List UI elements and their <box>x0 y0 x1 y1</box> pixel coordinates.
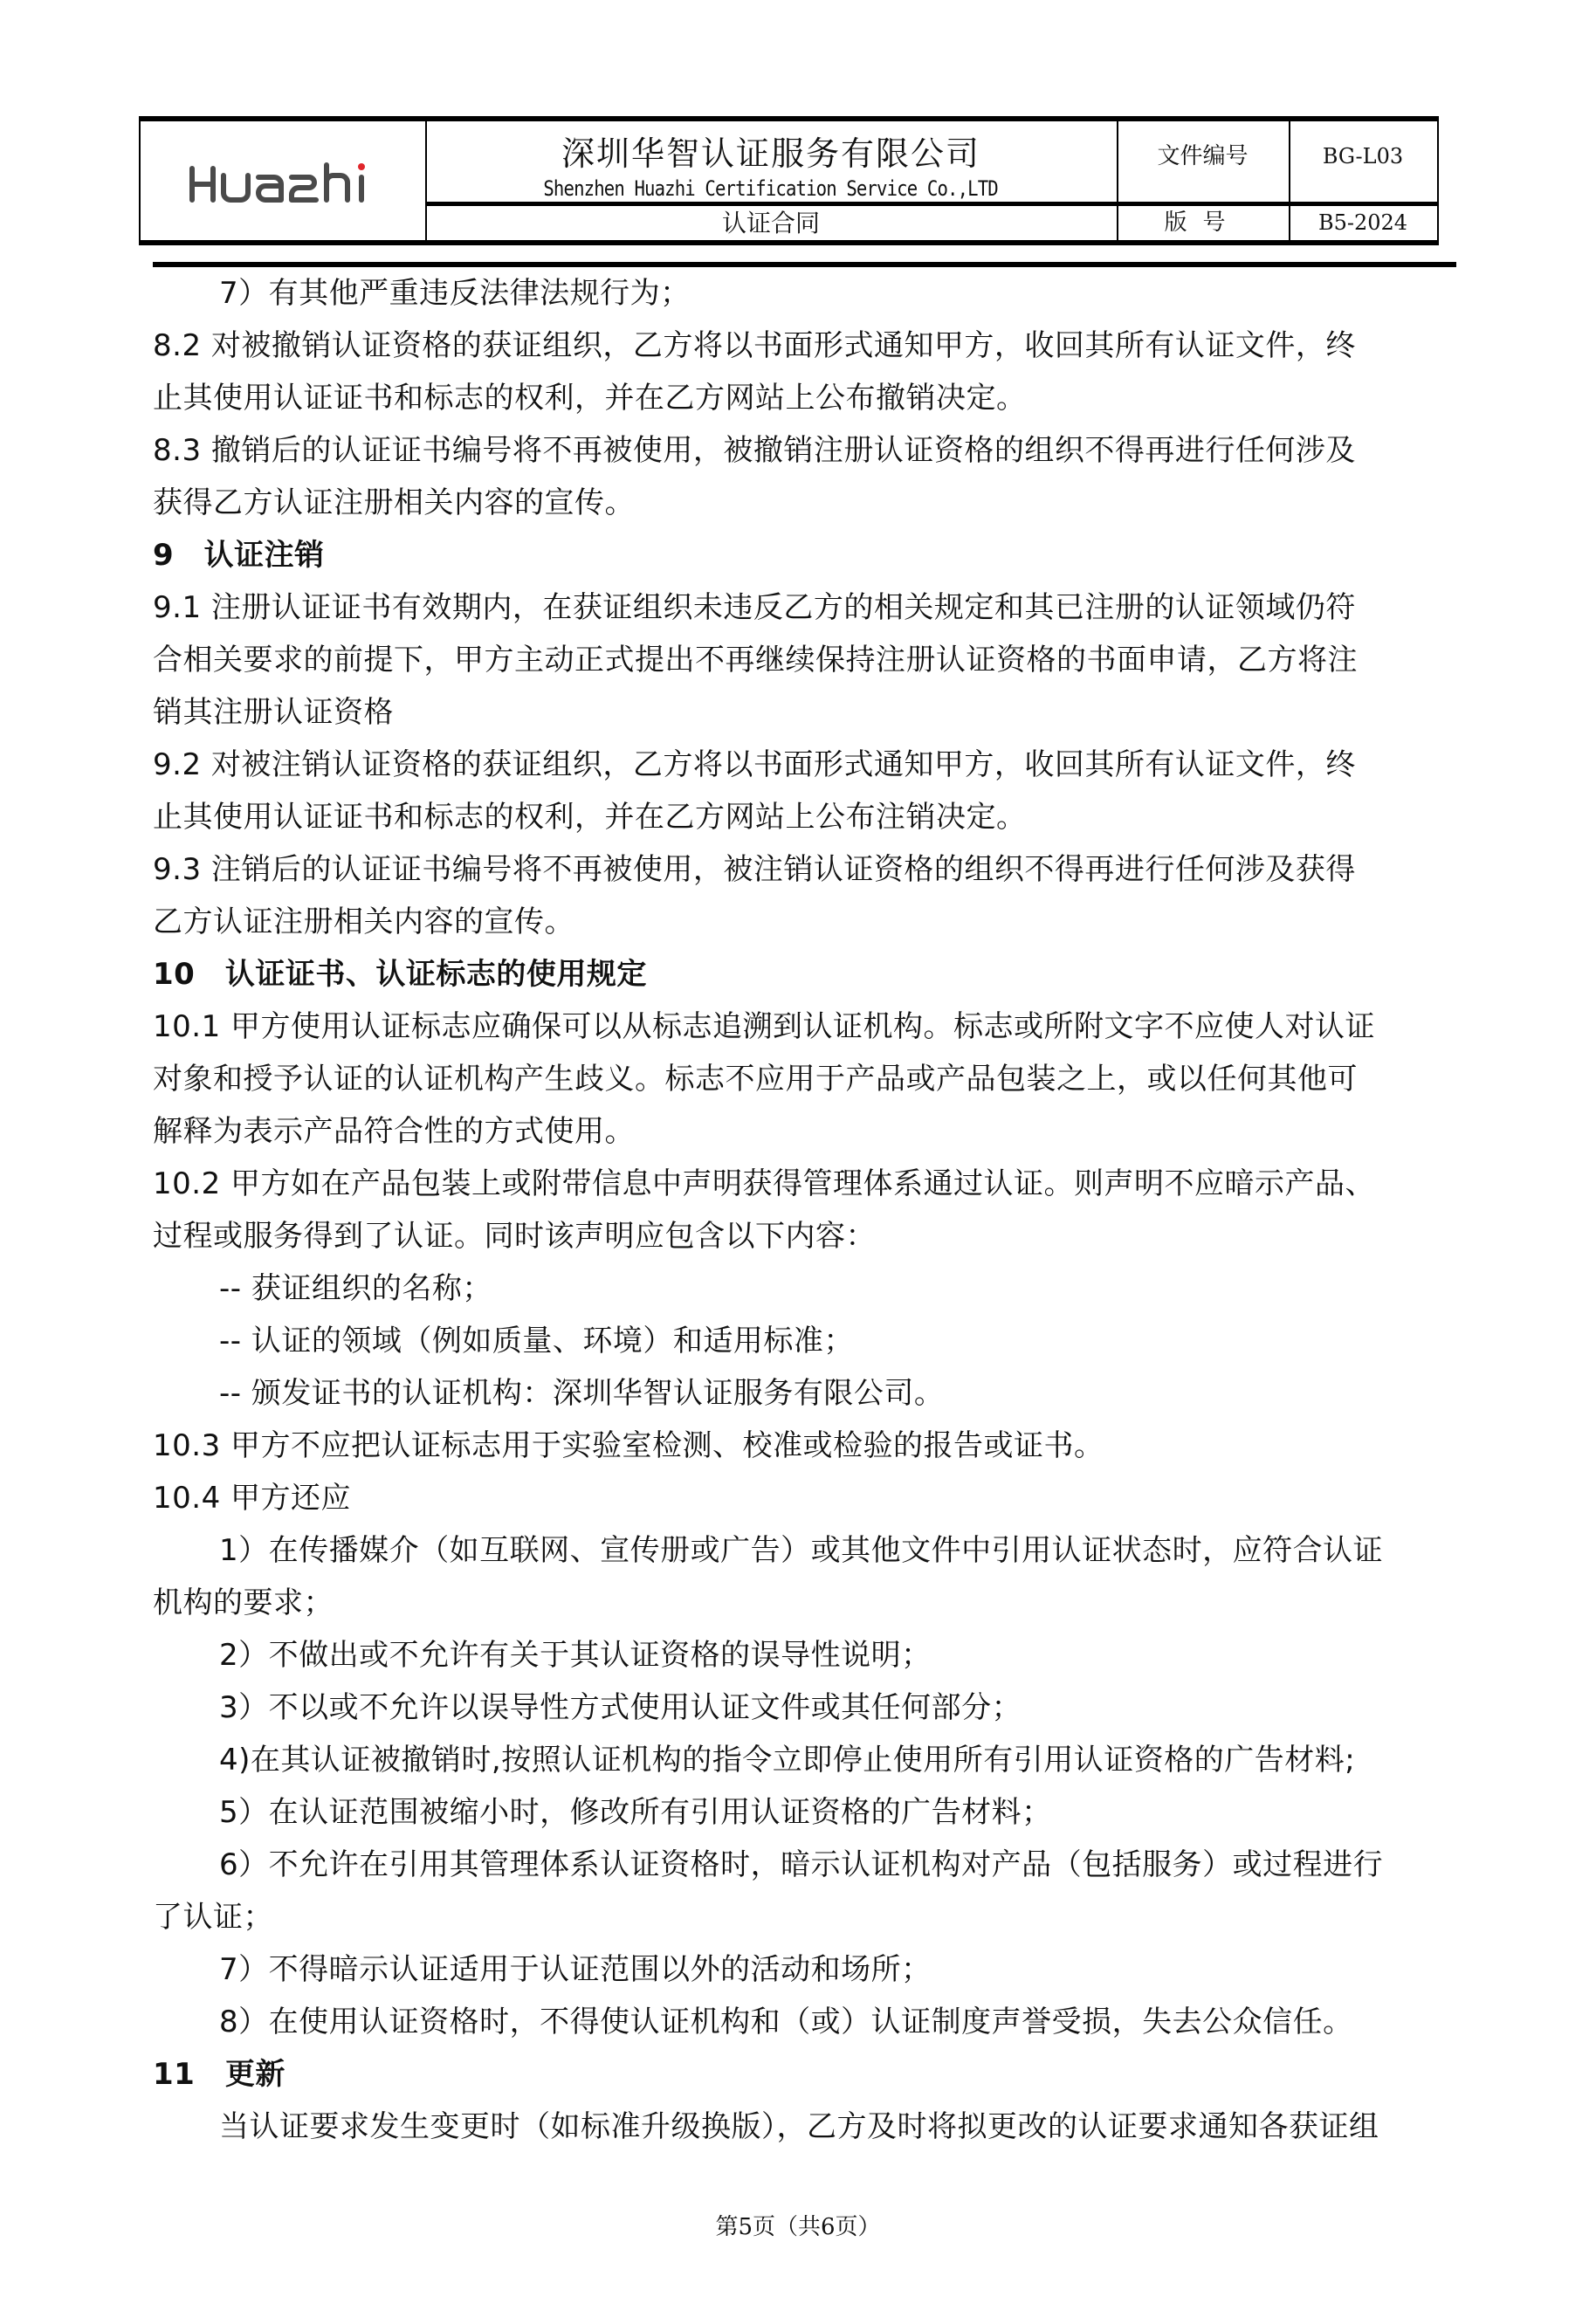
version-value: B5-2024 <box>1289 206 1437 240</box>
paragraph-line: 了认证； <box>153 1891 1456 1943</box>
paragraph-line: 3）不以或不允许以误导性方式使用认证文件或其任何部分； <box>153 1681 1456 1734</box>
paragraph-line: 10.4 甲方还应 <box>153 1472 1456 1524</box>
paragraph-line: 2）不做出或不允许有关于其认证资格的误导性说明； <box>153 1629 1456 1681</box>
paragraph-line: 7）不得暗示认证适用于认证范围以外的活动和场所； <box>153 1943 1456 1996</box>
doc-number-label: 文件编号 <box>1117 121 1290 206</box>
paragraph-line: 乙方认证注册相关内容的宣传。 <box>153 896 1456 948</box>
version-label: 版号 <box>1117 206 1290 240</box>
paragraph-line: 机构的要求； <box>153 1577 1456 1629</box>
paragraph-line: -- 获证组织的名称； <box>153 1262 1456 1315</box>
huazhi-logo-icon <box>187 156 379 205</box>
paragraph-line: 1）在传播媒介（如互联网、宣传册或广告）或其他文件中引用认证状态时，应符合认证 <box>153 1524 1456 1577</box>
paragraph-line: 7）有其他严重违反法律法规行为； <box>153 267 1456 320</box>
paragraph-line: 对象和授予认证的认证机构产生歧义。标志不应用于产品或产品包装之上，或以任何其他可 <box>153 1053 1456 1105</box>
paragraph-line: 8）在使用认证资格时，不得使认证机构和（或）认证制度声誉受损，失去公众信任。 <box>153 1996 1456 2048</box>
document-title: 认证合同 <box>425 206 1118 240</box>
paragraph-line: 过程或服务得到了认证。同时该声明应包含以下内容： <box>153 1210 1456 1262</box>
paragraph-line: 止其使用认证证书和标志的权利，并在乙方网站上公布注销决定。 <box>153 791 1456 843</box>
document-body: 7）有其他严重违反法律法规行为；8.2 对被撤销认证资格的获证组织，乙方将以书面… <box>153 267 1456 2153</box>
paragraph-line: 9.2 对被注销认证资格的获证组织，乙方将以书面形式通知甲方，收回其所有认证文件… <box>153 739 1456 791</box>
paragraph-line: 销其注册认证资格 <box>153 686 1456 739</box>
doc-number-value: BG-L03 <box>1289 121 1437 206</box>
paragraph-line: 10.3 甲方不应把认证标志用于实验室检测、校准或检验的报告或证书。 <box>153 1420 1456 1472</box>
section-heading: 9 认证注销 <box>153 529 1456 581</box>
paragraph-line: 获得乙方认证注册相关内容的宣传。 <box>153 477 1456 529</box>
paragraph-line: 6）不允许在引用其管理体系认证资格时，暗示认证机构对产品（包括服务）或过程进行 <box>153 1839 1456 1891</box>
page-number: 第5页（共6页） <box>0 2209 1596 2241</box>
paragraph-line: 8.2 对被撤销认证资格的获证组织，乙方将以书面形式通知甲方，收回其所有认证文件… <box>153 320 1456 372</box>
paragraph-line: 10.2 甲方如在产品包装上或附带信息中声明获得管理体系通过认证。则声明不应暗示… <box>153 1158 1456 1210</box>
paragraph-line: 8.3 撤销后的认证证书编号将不再被使用，被撤销注册认证资格的组织不得再进行任何… <box>153 424 1456 477</box>
paragraph-line: -- 认证的领域（例如质量、环境）和适用标准； <box>153 1315 1456 1367</box>
paragraph-line: 解释为表示产品符合性的方式使用。 <box>153 1105 1456 1158</box>
paragraph-line: 当认证要求发生变更时（如标准升级换版），乙方及时将拟更改的认证要求通知各获证组 <box>153 2101 1456 2153</box>
paragraph-line: 9.1 注册认证证书有效期内，在获证组织未违反乙方的相关规定和其已注册的认证领域… <box>153 581 1456 634</box>
paragraph-line: 9.3 注销后的认证证书编号将不再被使用，被注销认证资格的组织不得再进行任何涉及… <box>153 843 1456 896</box>
document-header-table: 深圳华智认证服务有限公司 Shenzhen Huazhi Certificati… <box>139 116 1439 245</box>
company-name-cell: 深圳华智认证服务有限公司 Shenzhen Huazhi Certificati… <box>425 121 1118 206</box>
paragraph-line: 5）在认证范围被缩小时，修改所有引用认证资格的广告材料； <box>153 1786 1456 1839</box>
paragraph-line: 4)在其认证被撤销时,按照认证机构的指令立即停止使用所有引用认证资格的广告材料; <box>153 1734 1456 1786</box>
paragraph-line: -- 颁发证书的认证机构：深圳华智认证服务有限公司。 <box>153 1367 1456 1420</box>
paragraph-line: 止其使用认证证书和标志的权利，并在乙方网站上公布撤销决定。 <box>153 372 1456 424</box>
company-name-en: Shenzhen Huazhi Certification Service Co… <box>544 176 998 201</box>
logo-accent-dot <box>358 163 365 170</box>
section-heading: 10 认证证书、认证标志的使用规定 <box>153 948 1456 1001</box>
paragraph-line: 合相关要求的前提下，甲方主动正式提出不再继续保持注册认证资格的书面申请，乙方将注 <box>153 634 1456 686</box>
company-name-cn: 深圳华智认证服务有限公司 <box>425 127 1117 175</box>
company-logo <box>141 121 427 240</box>
paragraph-line: 10.1 甲方使用认证标志应确保可以从标志追溯到认证机构。标志或所附文字不应使人… <box>153 1001 1456 1053</box>
section-heading: 11 更新 <box>153 2048 1456 2101</box>
